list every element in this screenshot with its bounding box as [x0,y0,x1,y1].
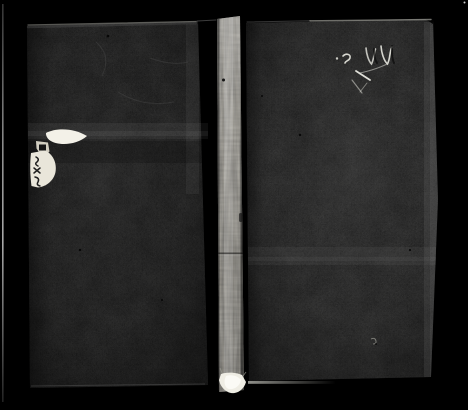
left-cover-crease-band [28,123,208,163]
top-edge-highlights [28,20,431,28]
bottom-streak [248,381,336,384]
photo-detail-overlay [0,0,468,410]
right-cover-faint-band [248,247,436,265]
bottom-edge-details [31,368,336,393]
scanner-edge-line [2,4,4,402]
chalk-scrawl [336,46,392,93]
top-right-speck [464,2,466,4]
book-photograph [0,0,468,410]
left-cover-scratches [96,42,188,104]
chalk-small-squiggle [343,54,350,63]
label-top-dark-mark [39,145,46,151]
small-scratch-mark [371,338,377,345]
